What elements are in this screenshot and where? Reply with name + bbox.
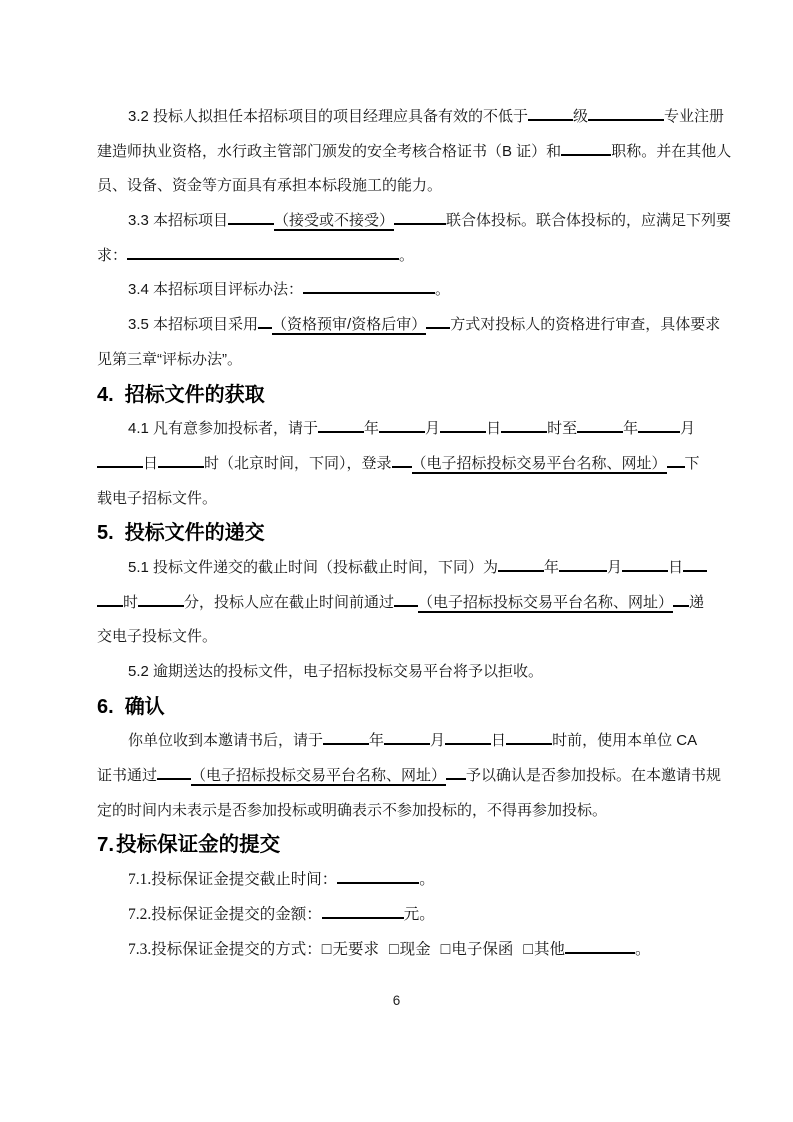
text-run: 求： [97,247,127,264]
fill-in-blank [683,556,707,572]
fill-in-blank [138,590,184,606]
doc-line: 7.2.投标保证金提交的金额：元。 [97,898,703,933]
fill-in-blank [337,867,419,884]
fill-in-blank [303,278,435,294]
text-run: 年 [369,732,384,749]
text-run: 。 [635,941,651,958]
text-run: 年 [623,420,638,437]
underlined-hint-text: （接受或不接受） [274,212,394,231]
section-heading-7: 7.投标保证金的提交 [97,828,703,863]
fill-in-blank [446,764,466,780]
text-run: 4.1 凡有意参加投标者，请于 [128,420,318,437]
text-run: 时（北京时间，下同），登录 [204,455,392,472]
fill-in-blank [318,417,364,433]
fill-in-blank [440,417,486,433]
text-run: 时至 [547,420,577,437]
doc-line: 3.3 本招标项目（接受或不接受）联合体投标。联合体投标的，应满足下列要 [97,204,703,239]
section-number: 7. [97,833,114,856]
doc-line: 3.5 本招标项目采用（资格预审/资格后审）方式对投标人的资格进行审查，具体要求 [97,308,703,343]
fill-in-blank [258,313,272,329]
doc-line: 定的时间内未表示是否参加投标或明确表示不参加投标的，不得再参加投标。 [97,794,703,829]
text-run: 职称。并在其他人 [611,143,731,160]
fill-in-blank [638,417,680,433]
fill-in-blank [565,937,635,954]
text-run: 7.2.投标保证金提交的金额： [128,906,322,923]
text-run: 5.2 逾期送达的投标文件，电子招标投标交易平台将予以拒收。 [128,663,543,680]
text-run: 定的时间内未表示是否参加投标或明确表示不参加投标的，不得再参加投标。 [97,802,607,819]
fill-in-blank [394,590,418,606]
doc-line: 求：。 [97,239,703,274]
text-run: 3.5 本招标项目采用 [128,316,258,333]
doc-line: 时分，投标人应在截止时间前通过（电子招标投标交易平台名称、网址）递 [97,586,703,621]
fill-in-blank [97,590,123,606]
section-title: 招标文件的获取 [125,384,265,406]
text-run: 方式对投标人的资格进行审查，具体要求 [450,316,720,333]
section-title: 投标文件的递交 [125,522,265,544]
section-number: 6. [97,696,114,718]
section-number: 4. [97,384,114,406]
doc-line: 证书通过（电子招标投标交易平台名称、网址）予以确认是否参加投标。在本邀请书规 [97,759,703,794]
fill-in-blank [445,729,491,745]
fill-in-blank [228,209,274,225]
section-heading-4: 4.招标文件的获取 [97,378,703,413]
text-run: 级 [573,108,588,125]
text-run: 你单位收到本邀请书后，请于 [128,732,323,749]
text-run: 。 [399,247,414,264]
checkbox-no-requirement-icon: □ [322,941,332,958]
text-run: 交电子投标文件。 [97,628,217,645]
fill-in-blank [506,729,552,745]
fill-in-blank [97,452,143,468]
text-run: 载电子招标文件。 [97,490,217,507]
fill-in-blank [158,452,204,468]
doc-line: 员、设备、资金等方面具有承担本标段施工的能力。 [97,169,703,204]
text-run: 月 [680,420,695,437]
doc-line: 见第三章“评标办法”。 [97,343,703,378]
text-run: 分，投标人应在截止时间前通过 [184,594,394,611]
doc-line: 载电子招标文件。 [97,482,703,517]
text-run: 月 [425,420,440,437]
fill-in-blank [673,590,689,606]
checkbox-other-icon: □ [523,941,533,958]
text-run: 日 [668,559,683,576]
underlined-hint-text: （电子招标投标交易平台名称、网址） [191,767,446,786]
doc-line: 7.3.投标保证金提交的方式：□无要求□现金□电子保函□其他。 [97,933,703,968]
checkbox-cash-icon: □ [389,941,399,958]
text-run: 员、设备、资金等方面具有承担本标段施工的能力。 [97,177,442,194]
fill-in-blank [498,556,544,572]
doc-line: 交电子投标文件。 [97,620,703,655]
fill-in-blank [559,556,607,572]
fill-in-blank [588,105,664,121]
text-run: 证书通过 [97,767,157,784]
text-run: 时前，使用本单位 CA [552,732,697,749]
text-run: 专业注册 [664,108,724,125]
document-content: 3.2 投标人拟担任本招标项目的项目经理应具备有效的不低于级专业注册建造师执业资… [97,100,703,967]
text-run: 3.4 本招标项目评标办法： [128,281,303,298]
doc-line: 7.1.投标保证金提交截止时间：。 [97,863,703,898]
text-run: 下 [685,455,700,472]
doc-line: 3.2 投标人拟担任本招标项目的项目经理应具备有效的不低于级专业注册 [97,100,703,135]
text-run: 7.1.投标保证金提交截止时间： [128,871,337,888]
underlined-hint-text: （资格预审/资格后审） [272,316,426,335]
text-run: 年 [364,420,379,437]
text-run: 3.2 投标人拟担任本招标项目的项目经理应具备有效的不低于 [128,108,528,125]
section-heading-5: 5.投标文件的递交 [97,516,703,551]
text-run: 5.1 投标文件递交的截止时间（投标截止时间，下同）为 [128,559,498,576]
section-title: 投标保证金的提交 [116,833,280,856]
text-run: 日 [491,732,506,749]
section-heading-6: 6.确认 [97,690,703,725]
fill-in-blank [384,729,430,745]
fill-in-blank [322,902,404,919]
doc-line: 建造师执业资格，水行政主管部门颁发的安全考核合格证书（B 证）和职称。并在其他人 [97,135,703,170]
text-run: 月 [607,559,622,576]
fill-in-blank [501,417,547,433]
text-run: 时 [123,594,138,611]
text-run: 递 [689,594,704,611]
text-run: 。 [419,871,435,888]
page-number: 6 [0,993,793,1008]
fill-in-blank [127,244,399,260]
text-run: 。 [435,281,450,298]
document-page: 3.2 投标人拟担任本招标项目的项目经理应具备有效的不低于级专业注册建造师执业资… [0,0,793,1122]
doc-line: 5.2 逾期送达的投标文件，电子招标投标交易平台将予以拒收。 [97,655,703,690]
doc-line: 3.4 本招标项目评标办法：。 [97,273,703,308]
text-run: 年 [544,559,559,576]
doc-line: 5.1 投标文件递交的截止时间（投标截止时间，下同）为年月日 [97,551,703,586]
text-run: 现金 [400,941,431,958]
text-run: 其他 [534,941,565,958]
fill-in-blank [528,105,573,121]
fill-in-blank [426,313,450,329]
doc-line: 日时（北京时间，下同），登录（电子招标投标交易平台名称、网址）下 [97,447,703,482]
underlined-hint-text: （电子招标投标交易平台名称、网址） [412,455,667,474]
text-run: 联合体投标。联合体投标的，应满足下列要 [446,212,731,229]
text-run: 元。 [404,906,435,923]
fill-in-blank [577,417,623,433]
fill-in-blank [379,417,425,433]
fill-in-blank [392,452,412,468]
fill-in-blank [323,729,369,745]
section-number: 5. [97,522,114,544]
text-run: 月 [430,732,445,749]
text-run: 无要求 [332,941,379,958]
text-run: 日 [486,420,501,437]
fill-in-blank [561,139,611,155]
fill-in-blank [394,209,446,225]
checkbox-electronic-guarantee-icon: □ [441,941,451,958]
section-title: 确认 [125,696,165,718]
fill-in-blank [667,452,685,468]
doc-line: 4.1 凡有意参加投标者，请于年月日时至年月 [97,412,703,447]
doc-line: 你单位收到本邀请书后，请于年月日时前，使用本单位 CA [97,724,703,759]
text-run: 日 [143,455,158,472]
text-run: 电子保函 [451,941,513,958]
text-run: 建造师执业资格，水行政主管部门颁发的安全考核合格证书（B 证）和 [97,143,561,160]
fill-in-blank [622,556,668,572]
text-run: 予以确认是否参加投标。在本邀请书规 [466,767,721,784]
fill-in-blank [157,764,191,780]
text-run: 7.3.投标保证金提交的方式： [128,941,322,958]
text-run: 见第三章“评标办法”。 [97,351,242,368]
text-run: 3.3 本招标项目 [128,212,228,229]
underlined-hint-text: （电子招标投标交易平台名称、网址） [418,594,673,613]
